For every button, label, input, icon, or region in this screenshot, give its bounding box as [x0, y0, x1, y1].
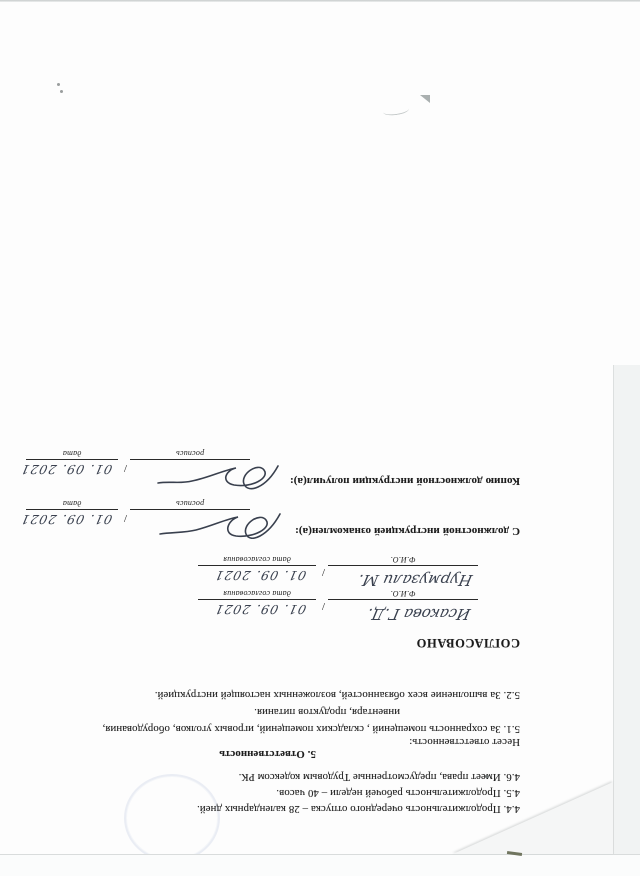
- section-5-title: 5. Ответственность: [15, 748, 520, 760]
- fio-label: Ф.И.О.: [328, 589, 478, 598]
- page-bottom-edge: [0, 854, 640, 876]
- approval-slash: /: [322, 600, 325, 612]
- doc-line-5-1-cont: инвентаря, продуктов питания.: [254, 706, 400, 718]
- approval-title: СОГЛАСОВАНО: [416, 635, 520, 650]
- page-right-edge: [613, 365, 640, 855]
- approval-name-handwriting: Исакова Г.Д.: [366, 605, 472, 623]
- approval-slash: /: [322, 566, 325, 578]
- section-5-intro: Несет ответственность:: [409, 736, 520, 748]
- scan-speck: [60, 90, 63, 93]
- ack-date-handwriting: 01. 09. 2021: [19, 462, 114, 477]
- ack-date-handwriting: 01. 09. 2021: [19, 512, 114, 527]
- doc-line-5-2: 5.2. За выполнение всех обязанностей, во…: [155, 689, 520, 701]
- fio-label: Ф.И.О.: [328, 555, 478, 564]
- approval-date-label: дата согласования: [198, 589, 316, 598]
- approval-date-label: дата согласования: [198, 555, 316, 564]
- sign-label: роспись: [130, 499, 250, 508]
- ack-copy-received-label: Копию должностной инструкции получил(а):: [290, 475, 520, 487]
- scan-top-edge: [0, 0, 640, 2]
- ack-familiarized-label: С должностной инструкцией ознакомлен(а):: [295, 525, 520, 537]
- scan-speck: [57, 83, 60, 86]
- scanned-page: 4.4. Продолжительность очередного отпуск…: [0, 0, 640, 876]
- ack-slash: /: [124, 462, 127, 474]
- scan-smudge: [420, 95, 430, 103]
- doc-line-5-1: 5.1. За сохранность помещений , складски…: [102, 723, 520, 735]
- faint-round-stamp-icon: [124, 774, 220, 862]
- ack-slash: /: [124, 512, 127, 524]
- sign-label: роспись: [130, 449, 250, 458]
- document-content: 4.4. Продолжительность очередного отпуск…: [0, 0, 640, 876]
- approval-date-handwriting: 01. 09. 2021: [213, 568, 308, 583]
- corner-fold: [453, 782, 613, 854]
- date-label: дата: [26, 449, 118, 458]
- handwritten-signature: [138, 456, 288, 496]
- handwritten-signature: [138, 506, 288, 546]
- scan-speck: [485, 775, 489, 778]
- approval-name-handwriting: Нурмузали М.: [356, 571, 474, 589]
- date-label: дата: [26, 499, 118, 508]
- approval-date-handwriting: 01. 09. 2021: [213, 602, 308, 617]
